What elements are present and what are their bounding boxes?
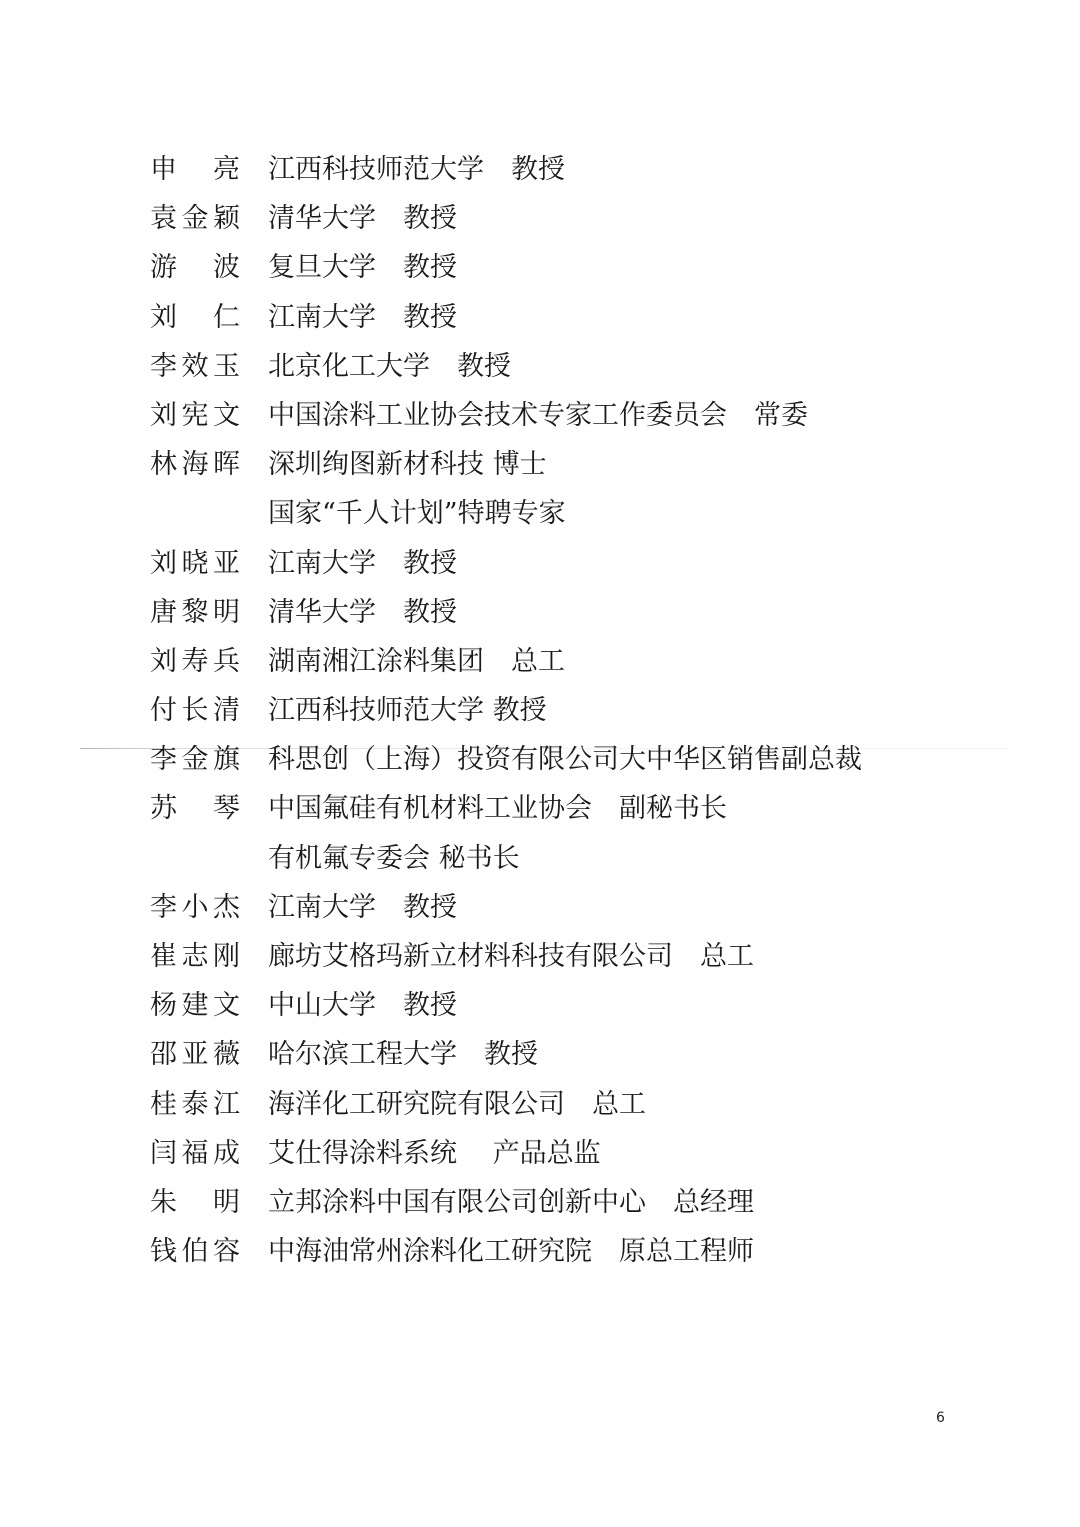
list-item: 刘晓亚江南大学 教授: [150, 544, 1030, 593]
name-char: 宪: [182, 396, 209, 436]
name-char: 旗: [213, 740, 240, 780]
person-name: 刘仁: [150, 298, 240, 338]
name-char: 亮: [213, 150, 240, 190]
name-char: 颖: [213, 199, 240, 239]
affiliation-title: 立邦涂料中国有限公司创新中心 总经理: [268, 1183, 754, 1223]
name-char: 容: [213, 1232, 240, 1272]
person-name: 李小杰: [150, 888, 240, 928]
person-name: 刘寿兵: [150, 642, 240, 682]
name-char: 玉: [213, 347, 240, 387]
name-char: 清: [213, 691, 240, 731]
name-char: 邵: [150, 1035, 177, 1075]
person-name: 桂泰江: [150, 1085, 240, 1125]
name-char: 成: [213, 1134, 240, 1174]
affiliation-title: 中国涂料工业协会技术专家工作委员会 常委: [268, 396, 808, 436]
name-char: 琴: [213, 789, 240, 829]
name-char: 福: [182, 1134, 209, 1174]
name-char: 崔: [150, 937, 177, 977]
name-char: 李: [150, 740, 177, 780]
name-char: 文: [213, 986, 240, 1026]
name-char: 刚: [213, 937, 240, 977]
affiliation-title: 复旦大学 教授: [268, 248, 457, 288]
list-item: 邵亚薇哈尔滨工程大学 教授: [150, 1035, 1030, 1084]
name-char: 游: [150, 248, 177, 288]
name-char: 寿: [182, 642, 209, 682]
list-item: 林海晖深圳绚图新材科技 博士: [150, 445, 1030, 494]
list-item: 朱明立邦涂料中国有限公司创新中心 总经理: [150, 1183, 1030, 1232]
list-item: 袁金颖清华大学 教授: [150, 199, 1030, 248]
expert-list: 申亮江西科技师范大学 教授袁金颖清华大学 教授游波复旦大学 教授刘仁江南大学 教…: [150, 150, 1030, 1281]
name-char: 明: [213, 1183, 240, 1223]
document-page: 申亮江西科技师范大学 教授袁金颖清华大学 教授游波复旦大学 教授刘仁江南大学 教…: [0, 0, 1080, 1527]
name-char: 文: [213, 396, 240, 436]
list-item: 李小杰江南大学 教授: [150, 888, 1030, 937]
name-char: 李: [150, 347, 177, 387]
list-item: 桂泰江海洋化工研究院有限公司 总工: [150, 1085, 1030, 1134]
name-char: 杰: [213, 888, 240, 928]
affiliation-title: 有机氟专委会 秘书长: [268, 839, 520, 879]
name-char: 效: [182, 347, 209, 387]
name-char: 小: [182, 888, 209, 928]
affiliation-title: 深圳绚图新材科技 博士: [268, 445, 547, 485]
affiliation-title: 廊坊艾格玛新立材料科技有限公司 总工: [268, 937, 754, 977]
person-name: 朱明: [150, 1183, 240, 1223]
name-char: 唐: [150, 593, 177, 633]
name-char: 薇: [213, 1035, 240, 1075]
person-name: 苏琴: [150, 789, 240, 829]
person-name: 李效玉: [150, 347, 240, 387]
name-char: 长: [182, 691, 209, 731]
person-name: 钱伯容: [150, 1232, 240, 1272]
person-name: 袁金颖: [150, 199, 240, 239]
list-item-continuation: 国家“千人计划”特聘专家: [150, 494, 1030, 543]
person-name: 刘晓亚: [150, 544, 240, 584]
list-item: 刘仁江南大学 教授: [150, 298, 1030, 347]
name-char: 兵: [213, 642, 240, 682]
name-char: 付: [150, 691, 177, 731]
affiliation-title: 中海油常州涂料化工研究院 原总工程师: [268, 1232, 754, 1272]
name-char: 刘: [150, 298, 177, 338]
name-char: 桂: [150, 1085, 177, 1125]
list-item: 苏琴中国氟硅有机材料工业协会 副秘书长: [150, 789, 1030, 838]
list-item: 刘宪文中国涂料工业协会技术专家工作委员会 常委: [150, 396, 1030, 445]
affiliation-title: 湖南湘江涂料集团 总工: [268, 642, 565, 682]
affiliation-title: 科思创（上海）投资有限公司大中华区销售副总裁: [268, 740, 862, 780]
name-char: 泰: [182, 1085, 209, 1125]
name-char: 志: [182, 937, 209, 977]
person-name: 申亮: [150, 150, 240, 190]
list-item: 唐黎明清华大学 教授: [150, 593, 1030, 642]
name-char: 建: [182, 986, 209, 1026]
person-name: 刘宪文: [150, 396, 240, 436]
list-item: 付长清江西科技师范大学 教授: [150, 691, 1030, 740]
name-char: 闫: [150, 1134, 177, 1174]
name-char: 杨: [150, 986, 177, 1026]
list-item: 游波复旦大学 教授: [150, 248, 1030, 297]
affiliation-title: 北京化工大学 教授: [268, 347, 511, 387]
name-char: 林: [150, 445, 177, 485]
affiliation-title: 艾仕得涂料系统 产品总监: [268, 1134, 601, 1174]
person-name: 李金旗: [150, 740, 240, 780]
person-name: 唐黎明: [150, 593, 240, 633]
affiliation-title: 清华大学 教授: [268, 199, 457, 239]
affiliation-title: 国家“千人计划”特聘专家: [268, 494, 566, 534]
name-char: 金: [182, 199, 209, 239]
list-item: 申亮江西科技师范大学 教授: [150, 150, 1030, 199]
name-char: 亚: [182, 1035, 209, 1075]
affiliation-title: 清华大学 教授: [268, 593, 457, 633]
page-number: 6: [936, 1410, 945, 1426]
name-char: 亚: [213, 544, 240, 584]
person-name: 游波: [150, 248, 240, 288]
affiliation-title: 江南大学 教授: [268, 888, 457, 928]
person-name: 林海晖: [150, 445, 240, 485]
list-item: 李金旗科思创（上海）投资有限公司大中华区销售副总裁: [150, 740, 1030, 789]
list-item: 杨建文中山大学 教授: [150, 986, 1030, 1035]
affiliation-title: 江西科技师范大学 教授: [268, 150, 565, 190]
affiliation-title: 中山大学 教授: [268, 986, 457, 1026]
name-char: 李: [150, 888, 177, 928]
person-name: 崔志刚: [150, 937, 240, 977]
name-char: 钱: [150, 1232, 177, 1272]
affiliation-title: 哈尔滨工程大学 教授: [268, 1035, 538, 1075]
name-char: 波: [213, 248, 240, 288]
person-name: 付长清: [150, 691, 240, 731]
affiliation-title: 江南大学 教授: [268, 544, 457, 584]
name-char: 金: [182, 740, 209, 780]
list-item: 李效玉北京化工大学 教授: [150, 347, 1030, 396]
name-char: 海: [182, 445, 209, 485]
person-name: 杨建文: [150, 986, 240, 1026]
name-char: 晓: [182, 544, 209, 584]
person-name: 邵亚薇: [150, 1035, 240, 1075]
name-char: 仁: [213, 298, 240, 338]
affiliation-title: 江西科技师范大学 教授: [268, 691, 547, 731]
affiliation-title: 海洋化工研究院有限公司 总工: [268, 1085, 646, 1125]
list-item: 刘寿兵湖南湘江涂料集团 总工: [150, 642, 1030, 691]
name-char: 申: [150, 150, 177, 190]
name-char: 刘: [150, 396, 177, 436]
name-char: 明: [213, 593, 240, 633]
name-char: 苏: [150, 789, 177, 829]
name-char: 黎: [182, 593, 209, 633]
list-item: 闫福成艾仕得涂料系统 产品总监: [150, 1134, 1030, 1183]
name-char: 晖: [213, 445, 240, 485]
affiliation-title: 江南大学 教授: [268, 298, 457, 338]
person-name: 闫福成: [150, 1134, 240, 1174]
affiliation-title: 中国氟硅有机材料工业协会 副秘书长: [268, 789, 727, 829]
list-item-continuation: 有机氟专委会 秘书长: [150, 839, 1030, 888]
name-char: 刘: [150, 544, 177, 584]
name-char: 刘: [150, 642, 177, 682]
list-item: 钱伯容中海油常州涂料化工研究院 原总工程师: [150, 1232, 1030, 1281]
name-char: 伯: [182, 1232, 209, 1272]
list-item: 崔志刚廊坊艾格玛新立材料科技有限公司 总工: [150, 937, 1030, 986]
name-char: 朱: [150, 1183, 177, 1223]
name-char: 江: [213, 1085, 240, 1125]
name-char: 袁: [150, 199, 177, 239]
